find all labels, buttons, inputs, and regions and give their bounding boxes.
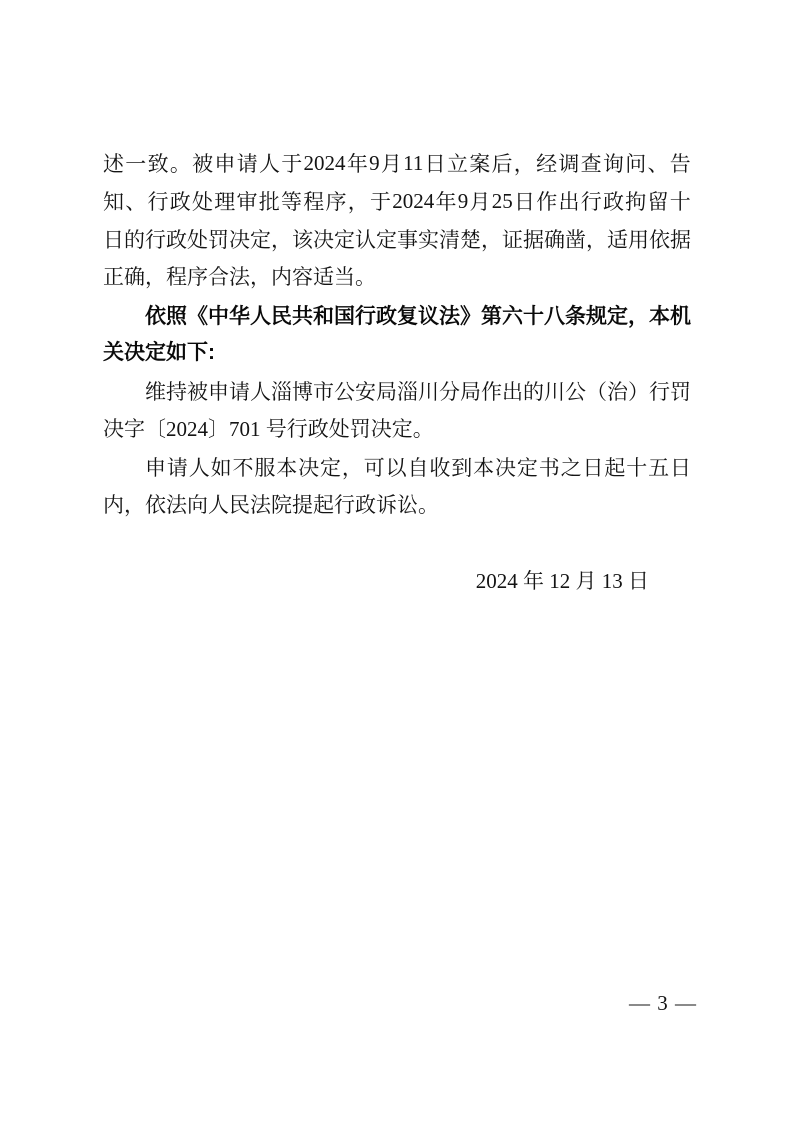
document-body: 述一致。被申请人于2024年9月11日立案后，经调查询问、告知、行政处理审批等程… [103, 144, 691, 524]
text-line: 内，依法向人民法院提起行政诉讼。 [103, 486, 691, 524]
text-line: 述一致。被申请人于2024年9月11日立案后，经调查询问、告 [103, 144, 691, 182]
text-line: 日的行政处罚决定，该决定认定事实清楚，证据确凿，适用依据 [103, 220, 691, 258]
text-line: 维持被申请人淄博市公安局淄川分局作出的川公（治）行罚 [103, 372, 691, 410]
document-page: 述一致。被申请人于2024年9月11日立案后，经调查询问、告知、行政处理审批等程… [0, 0, 794, 1123]
text-line: 关决定如下: [103, 334, 691, 372]
text-line: 申请人如不服本决定，可以自收到本决定书之日起十五日 [103, 448, 691, 486]
text-line: 依照《中华人民共和国行政复议法》第六十八条规定，本机 [103, 296, 691, 334]
page-number: — 3 — [629, 991, 697, 1015]
text-line: 知、行政处理审批等程序，于2024年9月25日作出行政拘留十 [103, 182, 691, 220]
text-line: 决字〔2024〕701 号行政处罚决定。 [103, 410, 691, 448]
decision-date: 2024 年 12 月 13 日 [103, 562, 691, 600]
text-line: 正确，程序合法，内容适当。 [103, 258, 691, 296]
